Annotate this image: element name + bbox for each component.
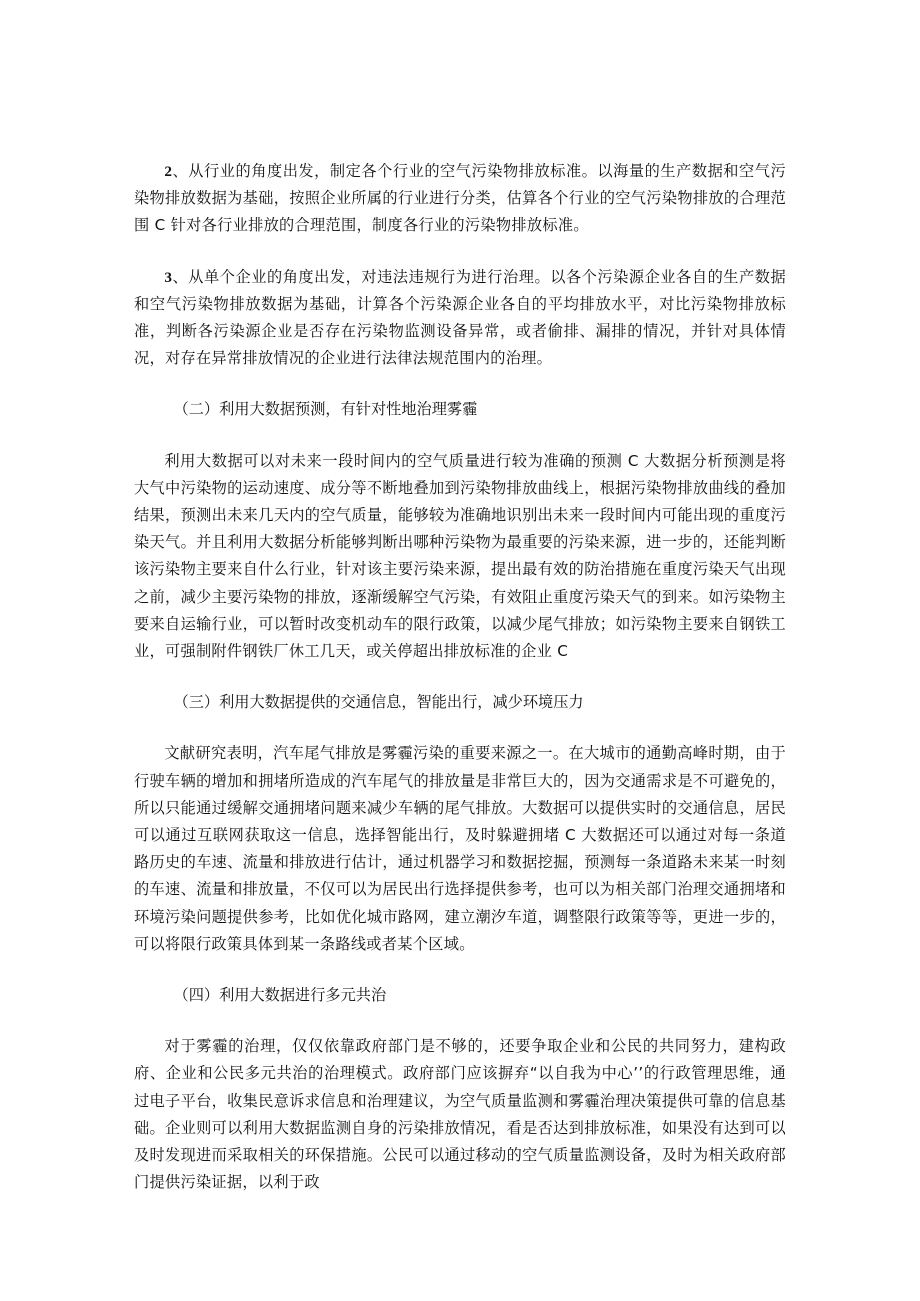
paragraph-text: 、从行业的角度出发，制定各个行业的空气污染物排放标准。以海量的生产数据和空气污染…	[134, 162, 786, 234]
paragraph-prediction: 利用大数据可以对未来一段时间内的空气质量进行较为准确的预测 C 大数据分析预测是…	[134, 448, 786, 666]
paragraph-co-governance: 对于雾霾的治理，仅仅依靠政府部门是不够的，还要争取企业和公民的共同努力，建构政府…	[134, 1033, 786, 1196]
paragraph-traffic: 文献研究表明，汽车尾气排放是雾霾污染的重要来源之一。在大城市的通勤高峰时期，由于…	[134, 740, 786, 958]
document-page: 2、从行业的角度出发，制定各个行业的空气污染物排放标准。以海量的生产数据和空气污…	[134, 158, 786, 1197]
section-heading-co-governance: （四）利用大数据进行多元共治	[134, 982, 786, 1009]
section-heading-traffic: （三）利用大数据提供的交通信息，智能出行，减少环境压力	[134, 689, 786, 716]
paragraph-text: 、从单个企业的角度出发，对违法违规行为进行治理。以各个污染源企业各自的生产数据和…	[134, 268, 786, 368]
paragraph-enterprise-governance: 3、从单个企业的角度出发，对违法违规行为进行治理。以各个污染源企业各自的生产数据…	[134, 264, 786, 373]
paragraph-industry-standards: 2、从行业的角度出发，制定各个行业的空气污染物排放标准。以海量的生产数据和空气污…	[134, 158, 786, 240]
section-heading-prediction: （二）利用大数据预测，有针对性地治理雾霾	[134, 396, 786, 423]
